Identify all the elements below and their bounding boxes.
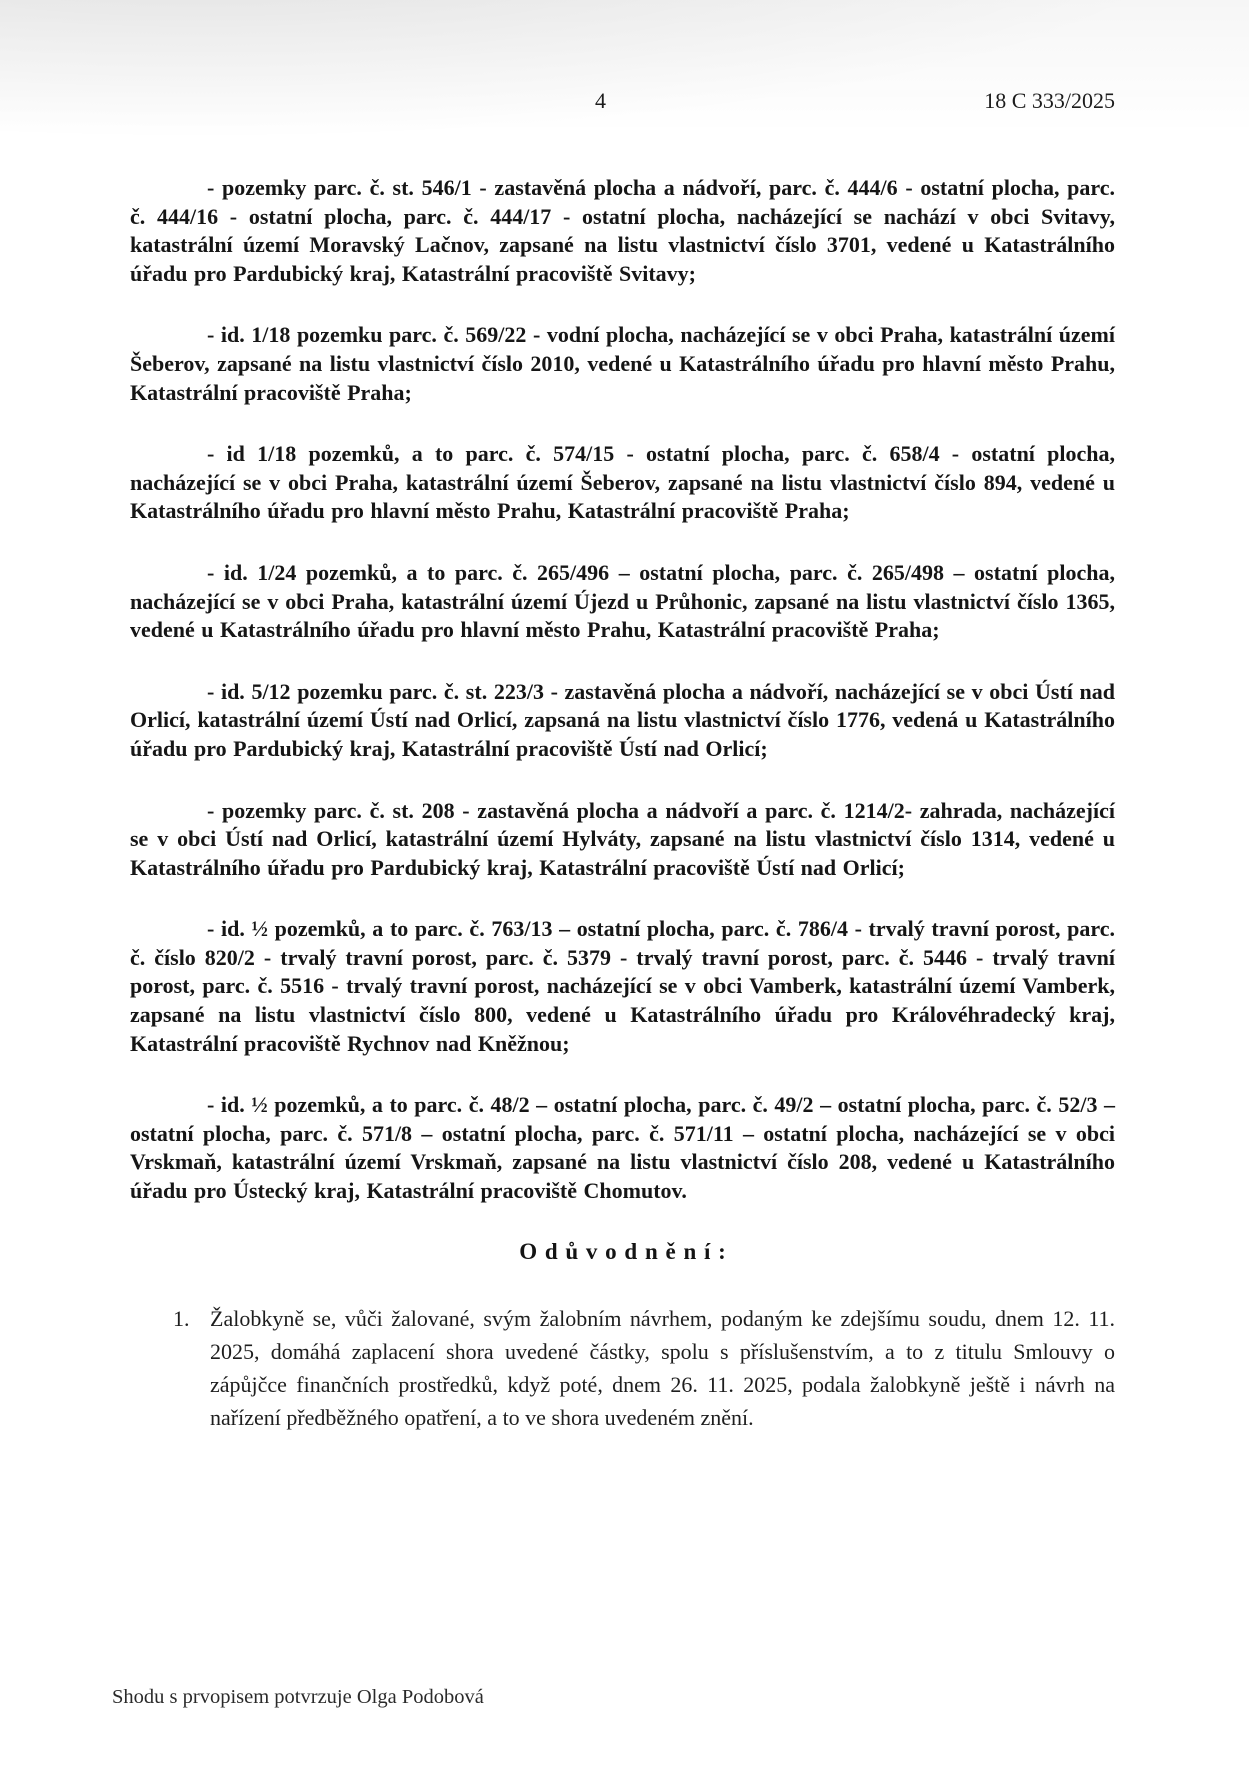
item-text: Žalobkyně se, vůči žalované, svým žalobn… — [210, 1302, 1115, 1434]
parcel-paragraph-hylvaty: - pozemky parc. č. st. 208 - zastavěná p… — [130, 797, 1115, 883]
document-content: 4 18 C 333/2025 - pozemky parc. č. st. 5… — [130, 0, 1115, 1434]
document-page: 4 18 C 333/2025 - pozemky parc. č. st. 5… — [0, 0, 1249, 1787]
numbered-item-1: 1. Žalobkyně se, vůči žalované, svým žal… — [130, 1302, 1115, 1434]
page-header: 4 18 C 333/2025 — [130, 88, 1115, 118]
section-heading-oduvodneni: O d ů v o d n ě n í : — [130, 1239, 1115, 1265]
parcel-paragraph-svitavy: - pozemky parc. č. st. 546/1 - zastavěná… — [130, 174, 1115, 288]
case-number: 18 C 333/2025 — [984, 88, 1115, 114]
parcel-paragraph-seberov-1: - id. 1/18 pozemku parc. č. 569/22 - vod… — [130, 321, 1115, 407]
item-number: 1. — [173, 1302, 190, 1335]
parcel-paragraph-vamberk: - id. ½ pozemků, a to parc. č. 763/13 – … — [130, 915, 1115, 1058]
parcel-paragraph-ujezd: - id. 1/24 pozemků, a to parc. č. 265/49… — [130, 559, 1115, 645]
parcel-paragraph-seberov-2: - id 1/18 pozemků, a to parc. č. 574/15 … — [130, 440, 1115, 526]
parcel-paragraph-usti-nad-orlici: - id. 5/12 pozemku parc. č. st. 223/3 - … — [130, 678, 1115, 764]
page-number: 4 — [108, 88, 1093, 114]
certification-note: Shodu s prvopisem potvrzuje Olga Podobov… — [112, 1686, 484, 1709]
parcel-paragraph-vrskman: - id. ½ pozemků, a to parc. č. 48/2 – os… — [130, 1091, 1115, 1205]
